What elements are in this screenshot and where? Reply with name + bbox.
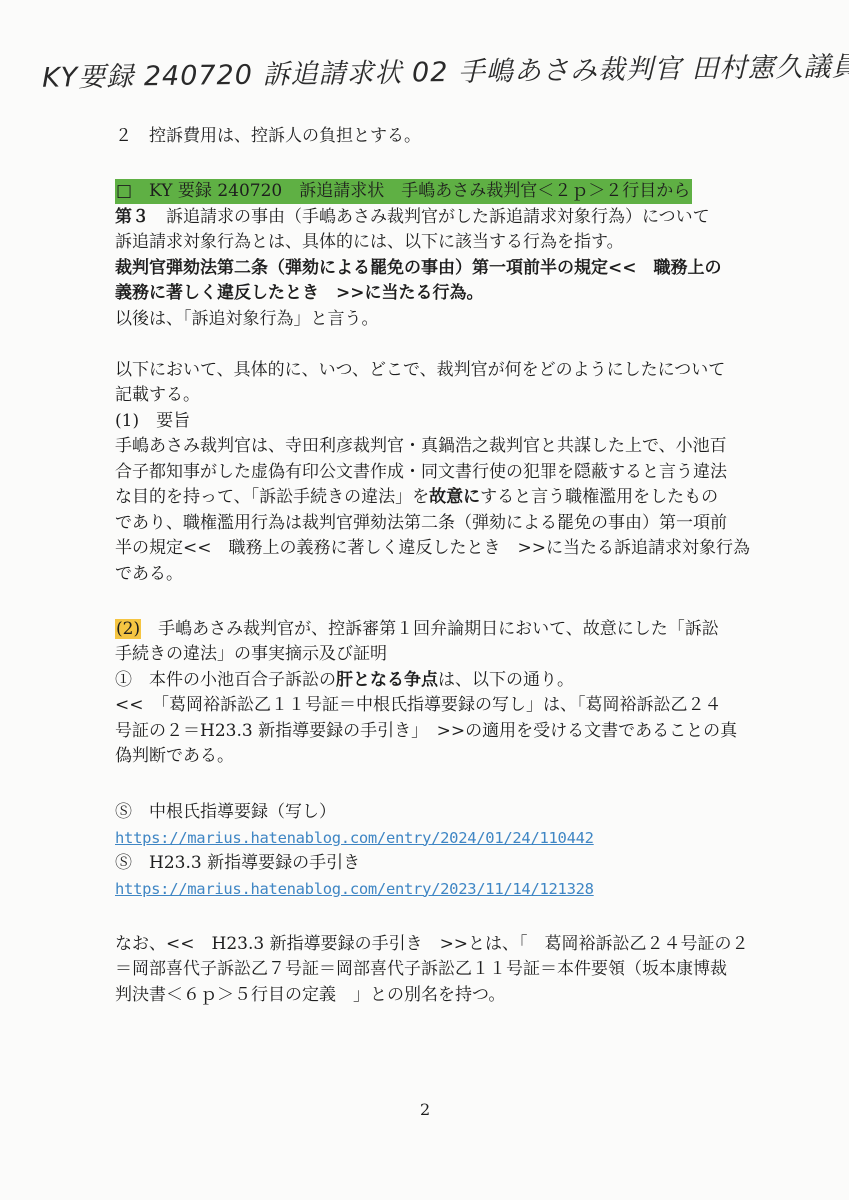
section-3-law-clause-1: 裁判官弾劾法第二条（弾劾による罷免の事由）第一項前半の規定<< 職務上の [115,256,790,282]
summary-line: 合子都知事がした虚偽有印公文書作成・同文書行使の犯罪を隠蔽すると言う違法 [115,460,790,486]
section-3-heading: 第３ 訴追請求の事由（手嶋あさみ裁判官がした訴追請求対象行為）について [115,205,790,231]
subsection-2-title: (2) 手嶋あさみ裁判官が、控訴審第１回弁論期日において、故意にした「訴訟 [115,617,790,643]
reference-link[interactable]: https://marius.hatenablog.com/entry/2023… [115,880,594,898]
emphasis-intentional: 故意に [429,487,480,507]
reference-label: Ⓢ 中根氏指導要録（写し） [115,800,790,826]
handwritten-header: KY要録 240720 訴追請求状 02 手嶋あさみ裁判官 田村憲久議員 [42,44,849,94]
section-3-definition: 訴追請求対象行為とは、具体的には、以下に該当する行為を指す。 [115,230,790,256]
green-highlight-header: □ KY 要録 240720 訴追請求状 手嶋あさみ裁判官＜２ｐ＞２行目から [115,179,692,204]
emphasis-key-issue: 肝となる争点 [336,670,438,690]
reference-link[interactable]: https://marius.hatenablog.com/entry/2024… [115,829,594,847]
section-3-alias: 以後は、「訴追対象行為」と言う。 [115,307,790,333]
summary-line: である。 [115,562,790,588]
point-1-detail: << 「葛岡裕訴訟乙１１号証＝中根氏指導要録の写し」は、「葛岡裕訴訟乙２４ [115,693,790,719]
note-line: ＝岡部喜代子訴訟乙７号証＝岡部喜代子訴訟乙１１号証＝本件要領（坂本康博裁 [115,957,790,983]
intro-line-2: 記載する。 [115,383,790,409]
section-3-law-clause-2: 義務に著しく違反したとき >>に当たる行為。 [115,281,790,307]
note-line: なお、<< H23.3 新指導要録の手引き >>とは、「 葛岡裕訴訟乙２４号証の… [115,932,790,958]
note-line: 判決書＜６ｐ＞５行目の定義 」との別名を持つ。 [115,983,790,1009]
page-number: 2 [420,1100,430,1119]
item-2-costs: ２ 控訴費用は、控訴人の負担とする。 [115,124,790,150]
summary-line: 手嶋あさみ裁判官は、寺田利彦裁判官・真鍋浩之裁判官と共謀した上で、小池百 [115,434,790,460]
summary-line: 半の規定<< 職務上の義務に著しく違反したとき >>に当たる訴追請求対象行為 [115,536,790,562]
summary-line: であり、職権濫用行為は裁判官弾劾法第二条（弾劾による罷免の事由）第一項前 [115,511,790,537]
section-3-title: 訴追請求の事由（手嶋あさみ裁判官がした訴追請求対象行為）について [149,207,710,227]
summary-line: な目的を持って、「訴訟手続きの違法」を故意にすると言う職権濫用をしたもの [115,485,790,511]
point-1-detail: 号証の２＝H23.3 新指導要録の手引き」 >>の適用を受ける文書であることの真 [115,719,790,745]
intro-line-1: 以下において、具体的に、いつ、どこで、裁判官が何をどのようにしたについて [115,358,790,384]
yellow-highlight-label: (2) [115,619,141,639]
subsection-2-title-cont: 手続きの違法」の事実摘示及び証明 [115,642,790,668]
point-1-detail: 偽判断である。 [115,744,790,770]
section-3-label: 第３ [115,207,149,227]
reference-label: Ⓢ H23.3 新指導要録の手引き [115,851,790,877]
point-1: ① 本件の小池百合子訴訟の肝となる争点は、以下の通り。 [115,668,790,694]
subsection-1-title: (1) 要旨 [115,409,790,435]
document-body: ２ 控訴費用は、控訴人の負担とする。 □ KY 要録 240720 訴追請求状 … [115,124,790,1008]
